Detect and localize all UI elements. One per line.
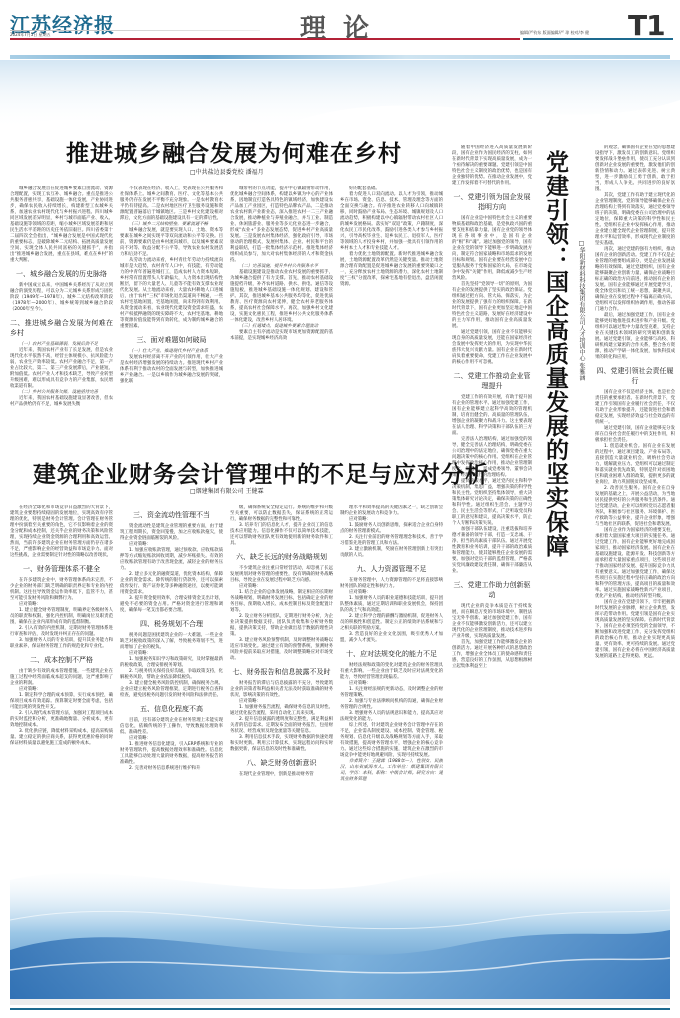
paragraph: 1. 制定科学合理的成本预算，实行成本预控，确保项目成本有效追踪。预算制定时要全… [10,693,113,711]
paragraph: 1. 建立健全财务管理制度，明确界定各级财务人员的职责和权限，强化内控机制，明确… [10,608,113,626]
paragraph: 3. 利用信息技术手段，实现财务数据的快速处理和实时更新。利用云计算技术，实现远… [230,735,333,753]
paragraph: 城带村的节点功能，提升中心镇辐射带动作用，优化城乡融合空间体系，构建以乡镇为中心… [230,186,333,264]
paragraph: 3. 营造良好的企业文化氛围，吸引优秀人才加盟，减少人才流失。 [340,632,443,644]
paragraph: 党建工作的有效开展，有助于提升国有企业的管理水平。通过加强党建工作，国有企业能够… [452,395,532,437]
article3-headline-vertical: 党建引领：国企高质量发展的坚实保障 [542,150,568,558]
article1-column-4: 好的配套基础。着力促进人口双向流动。以人才为引领，推动城乡在市场、资金、信息、技… [340,186,443,448]
paragraph: 税务问题是困扰建筑企业的一大难题。一些企业缺乏对税收政策的深入了解，导致税务筹划… [120,633,223,651]
paragraph: 理水平和效率提高的关键因素之一，缺乏创新会制约企业的发展动力和竞争力。 [340,505,443,517]
section-heading: 一、党建引领为国企发展指明方向 [452,192,532,212]
section-heading: 十、应对法规变化的能力不足 [340,649,443,659]
paragraph: 在许多建筑企业中，财务管理体系尚未完善，不少企业的财务部门缺乏明确的职责界定和专… [10,578,113,602]
paragraph: 国有企业作为国家经济的重要支柱，承担着大量国家重大项目的实施任务。通过党建工作，… [595,528,675,600]
paragraph: 基础设施建设是推动农业农村发展的重要抓手，为城乡融合提供了有力支撑。首先，推动农… [230,270,333,324]
article1-column-3: 城带村的节点功能，提升中心镇辐射带动作用，优化城乡融合空间体系，构建以乡镇为中心… [230,186,333,448]
paragraph: 3. 增强财务人员的法规意识和能力，提高其应对法规变化的能力。 [340,711,443,723]
paragraph: 在财务管理中，人力资源管理的不足将直接影响财务团队的稳定性和执行力。 [340,578,443,590]
paragraph: 通过党建引领，国有企业不仅能够实现自身的高质量发展，还能在国家经济社会发展中发挥… [452,330,532,366]
paragraph: 1. 关注财经法规的更新动态，及时调整企业的财务管理策略。 [340,687,443,699]
paragraph: 1. 加强应收账款管理，通过预收款、应收账款质押等方式缩短账款回收周期，减少坏账… [120,548,223,572]
paragraph: 2. 引入有效的内控机制，定期对财务管理体系进行审查和评估，及时发现并纠正存在的… [10,626,113,638]
section-heading: 一、城乡融合发展的历史脉络 [10,269,113,279]
page-header: 江苏经济报 2024年7月5日 星期五 理 论 编辑/严钧东 版面编辑/严 琼 … [0,0,680,42]
paragraph: 3. 加强财务人员的专业培训，提升其业务能力和职业素养，保证财务管理工作的规范化… [10,638,113,650]
paragraph: 其次，党建工作有助于建立现代化的企业管理制度。党的领导能够确保企业在治理结构上得… [595,193,675,247]
section-heading: 四、党建引领社会责任履行 [595,366,675,386]
editor-credits: 编辑/严钧东 版面编辑/严 琼 校对/李 健 [520,30,589,36]
paragraph: 财经法规和政策的变化对建筑企业的财务管理具有重大影响。一些企业由于缺乏及时应对法… [340,663,443,681]
section-heading: 三、党建工作助力创新驱动 [452,580,532,600]
paragraph: 国有企业在党建引领下，牢牢把握新时代发展的企业脉搏，树立企业典型，发挥示范带动作… [595,600,675,660]
paragraph: 财务报告的滞后与信息披露的不充分，导致建筑企业的决策者和利益相关者无法及时获取准… [230,681,333,699]
paragraph: 1. 加强税务知识学习和政策研究，及时掌握最新的税收政策，合理安排税务筹划。 [120,657,223,669]
paragraph: 2. 加强与专业法律顾问机构的沟通，确保企业财务管理的合规性。 [340,699,443,711]
article2-byline: □烟建集团有限公司 王健霖 [190,486,264,495]
article2-column-3: 级，确保系统安全稳定运行。系统的维护和升级至关重要，可以防止数据丢失，保证系统的… [230,505,333,877]
article2-column-1: 在经济全球化和市场竞争日益激烈的大背景下，建筑企业要想持续稳固的发展地位，实现高… [10,505,113,883]
article3-column-2: 的观念，确保国有企业在党的思想建设指导下，激发员工的创新意识。党组织要发挥战斗堡… [595,145,675,885]
paragraph: 着力优化土地资源配置。新时代推进城乡融合发展，土地资源配置改革仍然是关键变量。推… [340,252,443,288]
paragraph: 2. 改善民生服务。国有企业在自身发展的基础之上，开展公益活动，为当地居民提供更… [595,486,675,528]
paragraph: 1. 加强财务人员的职业道德和技能培训，提升团队整体素质，通过定期培训和职业发展… [340,596,443,614]
article1-headline: 推进城乡融合发展为何难在乡村 [66,135,402,168]
paragraph: 3. 建立激励机制，奖励在财务管理创新上有突出贡献的人员。 [340,547,443,559]
article2-column-4: 理水平和效率提高的关键因素之一，缺乏创新会制约企业的发展动力和竞争力。应对策略：… [340,505,443,877]
paragraph: 国有企业不仅是经济主体，也是社会责任的重要承担者。在新时代背景下，党建工作引领国… [595,390,675,426]
paragraph: 3. 建立健全税务风险防控机制，确保税务合规。企业应建立税务风险管理框架，定期进… [120,681,223,699]
paragraph: 2. 完善对财务信息系统进行维护和升 [120,766,223,772]
paragraph: 城乡融合发展旨在促进城乡要素自由流动、资源合理配置，实现工农互补、城乡融合。重点… [10,186,113,264]
paragraph: 1. 鼓励财务人员创新思维，探索适合企业自身特点的财务管理新模式。 [340,523,443,535]
paragraph: 3. 建立财务风险预警机制，及时调整财务战略以适应市场变化。通过建立有效的预警系… [230,638,333,662]
section-heading: 九、人力资源管理不足 [340,564,443,574]
paragraph: 首先坚持“党领导一切”的原则，为国有企业的发展提供了坚实的政治保证。党组织通过把… [452,282,532,330]
paragraph: 目前，还有部分建筑企业在财务管理上未能实现信息化，依赖传统的手工操作，导致数据处… [120,718,223,736]
header-blue-rule [523,38,673,40]
paragraph: 着力促进人口双向流动。以人才为引领，推动城乡在市场、资金、信息、技术、管理及理念… [340,192,443,252]
paragraph: 最后，通过加强党建工作，国有企业能够更好地推进技术进步和产业升级。党组织可以通过… [595,313,675,361]
paragraph: 要素自主有序流动是实现市场更加资源配置的基本前提，是实现城乡经济高效 [230,330,333,342]
paragraph: 2. 建立多元化的融资渠道，优化资本结构，保障企业的资金需求。除传统的银行贷款外… [120,572,223,596]
footer-band [10,999,670,1005]
masthead-divider [10,30,260,31]
paragraph: 国有企业是中国特色社会主义的重要物质基础和政治基础，是党执政兴国的重要支柱和依靠… [452,216,532,282]
paragraph: 随着中国经济进入高质量发展新阶段，国有企业作为国民经济的支柱，如何在新时代背景下… [452,145,532,187]
article1-column-2: 不仅表现在经济、收入上，更表现在公共服务和社保体系上。城乡之间教育、医疗、文化等… [120,186,223,448]
article1-byline: □中共盐边县委党校 潘福月 [190,167,264,176]
paragraph: 再次，通过党建的强有力组织，推动国有企业的创新活动。党建工作不仅是企业管理的重要… [595,247,675,313]
paragraph: 在现代企业管理中，创新是推动财务管 [230,772,333,778]
paragraph: 1. 推进财务信息化建设，引入ERP系统和专业的财务管理软件，提高数据处理效率和… [120,742,223,766]
section-heading: 一、财务管理体系不健全 [10,564,113,574]
paragraph: 通过党建引领，国有企业能够充分发挥在自身社会责任履行中的支柱作用，积极承担社会责… [595,426,675,444]
section-heading: 四、税务规划不合理 [120,619,223,629]
article2-headline: 建筑企业财务会计管理中的不足与应对分析 [33,456,489,489]
article3-byline-vertical: □华阳新材料科技集团有限公司人才培训中心 张雅涵 [576,240,586,381]
top-decorative-band [10,55,670,59]
paragraph: 由于缺少有效的成本管理措施，一些建筑企业在施工过程中经常面临成本超支的问题，这严… [10,669,113,687]
paragraph: 3. 培养专门的信息化人才，提升企业员工的信息技术应用能力。信息化操作不仅可以简… [230,523,333,547]
paragraph: 2. 关注行业前沿的财务管理理念和技术，善于学习借鉴先进的管理工具和方法。 [340,535,443,547]
footer-rule [10,1008,670,1010]
header-red-rule [10,38,520,40]
article3-column-1: 随着中国经济进入高质量发展新阶段，国有企业作为国民经济的支柱，如何在新时代背景下… [452,145,532,885]
paragraph: 近年来，我国农村基础设施建设显著改善，但农村产品供给仍有不足，城乡发展失衡 [10,396,113,408]
paragraph: 3. 优化供应链，降低材料采购成本，提高采购质量。建立稳定的供应商关系，获得更优… [10,729,113,747]
section-heading: 七、财务报告和信息披露不及时 [230,667,333,677]
author-bio: 作者简介：王健霖（1988年—），性别女，民族汉，山东省威海市人。工作单位：烟建… [340,759,443,783]
paragraph: 1. 结合企业的总体发展战略，制定相应的长期财务战略规划，明确财务发展目标，包括… [230,590,333,614]
paragraph: 级，确保系统安全稳定运行。系统的维护和升级至关重要，可以防止数据丢失，保证系统的… [230,505,333,523]
paragraph: 2. 设立财务分析团队，定期进行财务分析，为企业决策提供数据支持。团队负责收集和… [230,614,333,638]
section-heading: 三、资金流动性管理不当 [120,510,223,520]
paragraph: 新中国成立以来，中国城乡关系经历了从对立到融合的演变历程，可以分为二元城乡关系形… [10,283,113,313]
article2-column-2: 三、资金流动性管理不当资金流动性是建筑企业管理的重要方面，由于建筑工程周期长，资… [120,505,223,850]
paragraph: 综上所述，针对建筑企业财务会计管理中存在的不足，企业需从制度建设、成本控制、资金… [340,723,443,759]
article1-column-1: 城乡融合发展旨在促进城乡要素自由流动、资源合理配置，实现工农互补、城乡融合。重点… [10,186,113,448]
section-heading: 二、推进城乡融合发展为何难在乡村 [10,318,113,338]
section-heading: 五、信息化程度不高 [120,704,223,714]
section-heading: 二、成本控制不严格 [10,655,113,665]
section-heading: 六、缺乏长远的财务战略规划 [230,552,333,562]
paragraph: 提高决策水平，通过党内民主和科学决策机制，集思广益，增强决策的科学性和民主性。党… [452,479,532,527]
paragraph: 从劳动力流动来看，乡村青壮年劳动力持续流向城市是大趋势，农村青年人口中，有技能、… [120,258,223,330]
paragraph: 2. 与税务机关保持良好沟通，争取政策支持，化解税务风险，帮助企业依法降低税负。 [120,669,223,681]
paragraph: 首先，加强党建工作能够激发企业的创新活力。通过开展各种形式的思想政治工作，增强企… [452,640,532,670]
paragraph: 3. 提升资金使用效率，合理安排资金支出计划，避免不必要的资金占用。严格对资金进… [120,596,223,614]
paragraph: 在经济全球化和市场竞争日益激烈的大背景下，建筑企业要想持续稳固的发展地位，实现高… [10,505,113,559]
section-heading: 八、缺乏财务创新意识 [230,758,333,768]
paragraph: 现代企业的竞争本质是在于持续发展，而在瞬息万变的市场环境中，制胜法宝无外乎创新。… [452,604,532,640]
paragraph: 2. 建立科学合理的薪酬与激励机制，促进财务人员的积极性和创造性。制定公正的绩效… [340,614,443,632]
paragraph: 的观念，确保国有企业在党的思想建设指导下，激发员工的创新意识。党组织要发挥战斗堡… [595,145,675,193]
paragraph: 发展农村经济离不开产业的引领作用，壮大产业是农村经济增强发展的持续动力。推进现代… [120,355,223,385]
paragraph: 不少建筑企业注重日常经营活动，却忽视了长远发展规划对财务管理的重要性，没有明确的… [230,566,333,584]
section-heading: 二、党建工作推动企业管理提升 [452,371,532,391]
paragraph: 1. 加强财务报告流程，确保财务信息的及时性。通过优化报告流程，采用自动化工具来… [230,705,333,717]
section-heading: 三、面对难题如何破局 [120,335,223,345]
paragraph: 1. 创造就业机会。国有企业在发展的过程中，通过项目建设、产业布局等，直接创造大… [595,444,675,486]
paragraph: 城乡融合发展，就是要实现人口、土地、资本等要素在城乡之间实现平等双向流动和公平等… [120,228,223,258]
paragraph: 2. 提升信息披露的透明度和完整性，满足利益相关者的信息需求。定期发布全面的财务… [230,717,333,735]
paragraph: 资金流动性是建筑企业管理的重要方面，由于建筑工程周期长，资金回笼慢，加之应收账款… [120,524,223,542]
paragraph: 不仅表现在经济、收入上，更表现在公共服务和社保体系上。城乡之间教育、医疗、文化等… [120,186,223,222]
paragraph: 近年来，我国农村产业有了长足发展，但是农业现代化水平依然不高，经营主体规模小、抗… [10,348,113,390]
paragraph: 完善法人治理结构，通过加强党的领导，健全完善法人治理结构，明确党委在公司治理中的… [452,437,532,479]
paragraph: 加强干部队伍建设，注重选拔和培养德才兼备的领导干部，打造一支忠诚、干净、担当的高… [452,527,532,575]
paragraph: 2. 引入现代成本管理方法，加强对工程项目成本的实时监控和分析，更准确地衡量、分… [10,711,113,729]
